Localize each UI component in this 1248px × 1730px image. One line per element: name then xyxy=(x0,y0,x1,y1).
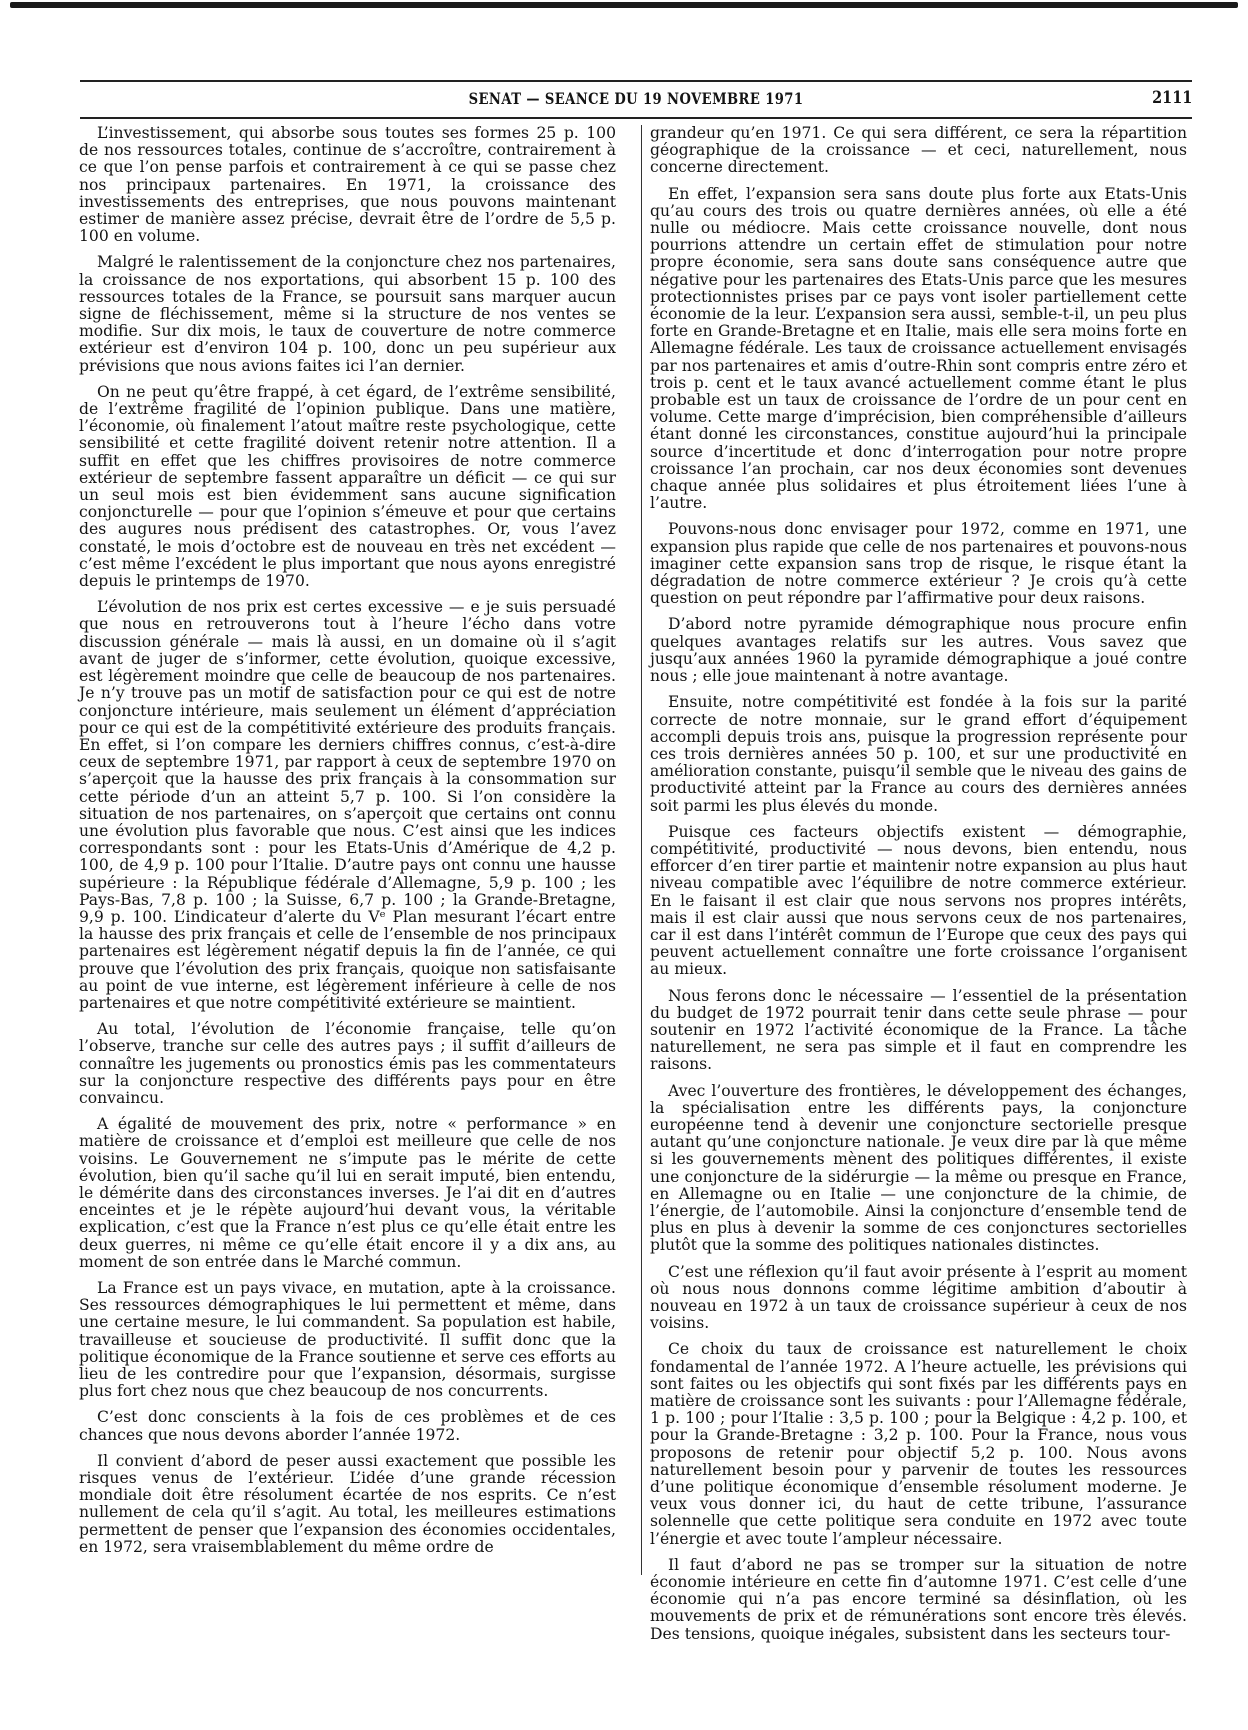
paragraph: Ensuite, notre compétitivité est fondée … xyxy=(650,694,1187,814)
paragraph: Malgré le ralentissement de la conjonctu… xyxy=(79,254,616,374)
paragraph: Nous ferons donc le nécessaire — l’essen… xyxy=(650,988,1187,1074)
left-column: L’investissement, qui absorbe sous toute… xyxy=(79,125,616,1565)
paragraph: On ne peut qu’être frappé, à cet égard, … xyxy=(79,384,616,590)
header-rule-bottom xyxy=(80,117,1192,119)
paragraph: La France est un pays vivace, en mutatio… xyxy=(79,1280,616,1400)
column-divider xyxy=(641,125,642,1575)
paragraph: L’évolution de nos prix est certes exces… xyxy=(79,599,616,1012)
header-rule-top xyxy=(80,80,1192,82)
paragraph: Pouvons-nous donc envisager pour 1972, c… xyxy=(650,521,1187,607)
paragraph: Puisque ces facteurs objectifs existent … xyxy=(650,824,1187,979)
paragraph: C’est donc conscients à la fois de ces p… xyxy=(79,1409,616,1443)
right-column: grandeur qu’en 1971. Ce qui sera différe… xyxy=(650,125,1187,1652)
paragraph: En effet, l’expansion sera sans doute pl… xyxy=(650,186,1187,513)
paragraph: Ce choix du taux de croissance est natur… xyxy=(650,1341,1187,1547)
paragraph: Il faut d’abord ne pas se tromper sur la… xyxy=(650,1557,1187,1643)
page-number: 2111 xyxy=(1152,88,1192,108)
paragraph: Au total, l’évolution de l’économie fran… xyxy=(79,1021,616,1107)
paragraph: C’est une réflexion qu’il faut avoir pré… xyxy=(650,1264,1187,1333)
paragraph: Il convient d’abord de peser aussi exact… xyxy=(79,1453,616,1556)
running-header-title: SENAT — SEANCE DU 19 NOVEMBRE 1971 xyxy=(180,89,1092,108)
scan-edge-bar xyxy=(10,2,1238,8)
paragraph: Avec l’ouverture des frontières, le déve… xyxy=(650,1083,1187,1255)
paragraph: D’abord notre pyramide démographique nou… xyxy=(650,616,1187,685)
paragraph: A égalité de mouvement des prix, notre «… xyxy=(79,1116,616,1271)
paragraph: L’investissement, qui absorbe sous toute… xyxy=(79,125,616,245)
paragraph-continuation: grandeur qu’en 1971. Ce qui sera différe… xyxy=(650,125,1187,177)
